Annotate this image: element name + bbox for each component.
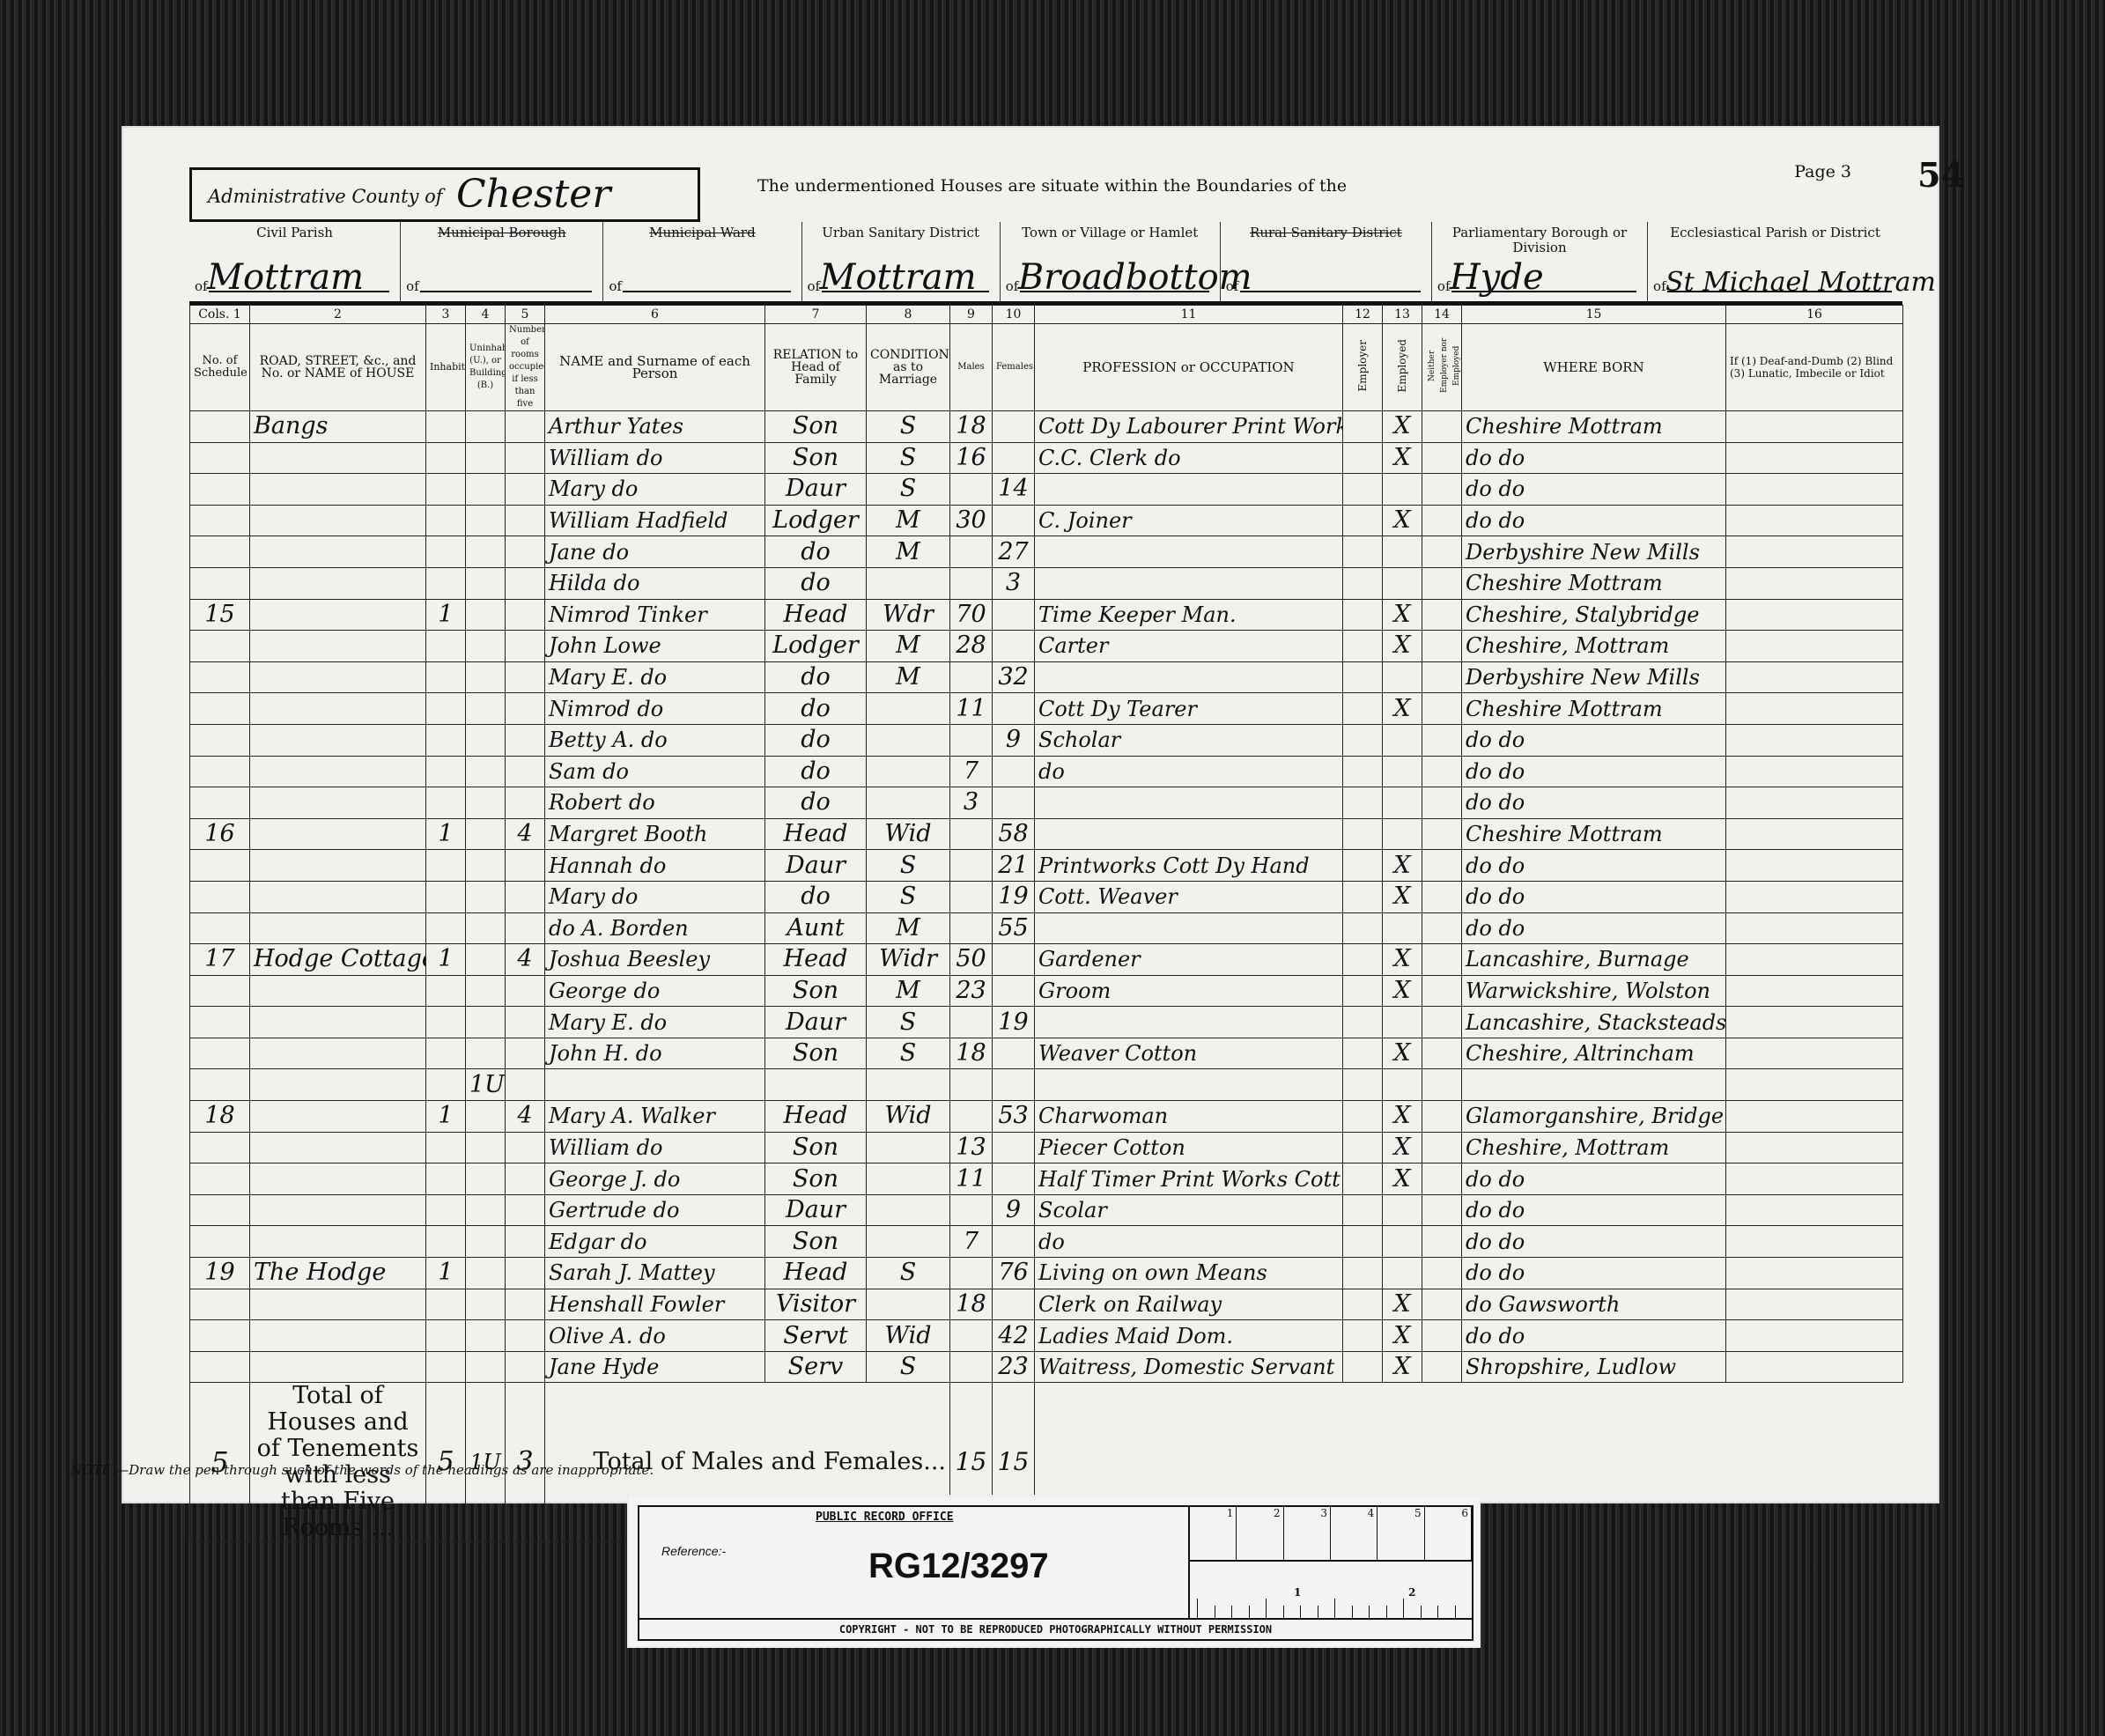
where-born-cell: Derbyshire New Mills <box>1462 661 1726 693</box>
uninhabited-cell <box>466 693 506 725</box>
relation-cell: do <box>765 787 867 819</box>
col-number: 14 <box>1422 306 1462 324</box>
occupation-cell: C.C. Clerk do <box>1035 442 1343 474</box>
employed-cell <box>1383 1069 1422 1101</box>
uninhabited-cell <box>466 912 506 944</box>
employed-cell <box>1383 1007 1422 1038</box>
uninhabited-cell <box>466 1132 506 1163</box>
record-office-title: PUBLIC RECORD OFFICE <box>816 1511 954 1524</box>
relation-cell: Daur <box>765 1194 867 1226</box>
rooms-cell <box>506 1194 545 1226</box>
inhabited-cell <box>426 1351 466 1383</box>
female-age-cell <box>993 787 1035 819</box>
inhabited-cell <box>426 693 466 725</box>
name-cell: Mary A. Walker <box>545 1101 765 1133</box>
neither-cell <box>1422 693 1462 725</box>
scale-tick <box>1334 1599 1335 1618</box>
male-age-cell: 18 <box>950 1289 993 1320</box>
uninhabited-cell <box>466 1007 506 1038</box>
division-value: Mottram <box>820 257 977 298</box>
condition-cell: Wid <box>867 1320 950 1352</box>
name-cell: William Hadfield <box>545 505 765 536</box>
table-row: Mary doDaurS14do do <box>190 474 1903 506</box>
female-age-cell: 42 <box>993 1320 1035 1352</box>
where-born-cell: do do <box>1462 787 1726 819</box>
reference-number: RG12/3297 <box>868 1547 1049 1586</box>
uninhabited-cell: 1U <box>466 1069 506 1101</box>
where-born-cell <box>1462 1069 1726 1101</box>
male-age-cell <box>950 1351 993 1383</box>
scale-tick <box>1455 1606 1456 1618</box>
table-row: 1U <box>190 1069 1903 1101</box>
table-row: George J. doSon11Half Timer Print Works … <box>190 1163 1903 1195</box>
uninhabited-cell <box>466 881 506 912</box>
rooms-cell <box>506 1258 545 1289</box>
header-females: Females <box>993 324 1035 411</box>
address-cell <box>250 1320 426 1352</box>
occupation-cell: Half Timer Print Works Cott Dy <box>1035 1163 1343 1195</box>
female-age-cell <box>993 975 1035 1007</box>
where-born-cell: Cheshire Mottram <box>1462 693 1726 725</box>
col-number: 8 <box>867 306 950 324</box>
of-label: of <box>808 278 821 294</box>
schedule-cell <box>190 1163 250 1195</box>
table-row: Henshall FowlerVisitor18Clerk on Railway… <box>190 1289 1903 1320</box>
name-cell: Joshua Beesley <box>545 944 765 976</box>
where-born-cell: Cheshire Mottram <box>1462 411 1726 443</box>
table-row: Nimrod dodo11Cott Dy TearerXCheshire Mot… <box>190 693 1903 725</box>
employer-cell <box>1343 1163 1383 1195</box>
occupation-cell <box>1035 1007 1343 1038</box>
name-cell: Sarah J. Mattey <box>545 1258 765 1289</box>
table-row: Betty A. dodo9Scholardo do <box>190 724 1903 756</box>
rooms-cell <box>506 474 545 506</box>
infirmity-cell <box>1726 411 1903 443</box>
male-age-cell: 18 <box>950 411 993 443</box>
name-cell: Nimrod Tinker <box>545 599 765 631</box>
rooms-cell <box>506 1007 545 1038</box>
employed-cell: X <box>1383 1132 1422 1163</box>
inhabited-cell <box>426 1132 466 1163</box>
table-row: Mary E. dodoM32Derbyshire New Mills <box>190 661 1903 693</box>
relation-cell: Daur <box>765 474 867 506</box>
name-cell: Mary E. do <box>545 1007 765 1038</box>
of-label: of <box>609 278 622 294</box>
form-header: Administrative County of Chester The und… <box>189 167 1902 305</box>
condition-cell <box>867 1194 950 1226</box>
inhabited-cell: 1 <box>426 1101 466 1133</box>
uninhabited-cell <box>466 631 506 662</box>
employed-cell <box>1383 474 1422 506</box>
scale-tick <box>1283 1606 1284 1618</box>
employed-cell <box>1383 724 1422 756</box>
record-label-frame: PUBLIC RECORD OFFICE Reference:- RG12/32… <box>638 1505 1473 1641</box>
infirmity-cell <box>1726 1038 1903 1069</box>
relation-cell: Daur <box>765 850 867 882</box>
table-row: Robert dodo3do do <box>190 787 1903 819</box>
division-value: Mottram <box>207 257 364 298</box>
division-urban-sanitary-district: Urban Sanitary District of Mottram <box>802 222 1001 301</box>
neither-cell <box>1422 881 1462 912</box>
female-age-cell: 58 <box>993 818 1035 850</box>
rooms-cell <box>506 505 545 536</box>
uninhabited-cell <box>466 442 506 474</box>
employer-cell <box>1343 442 1383 474</box>
schedule-cell <box>190 850 250 882</box>
where-born-cell: do do <box>1462 474 1726 506</box>
where-born-cell: do do <box>1462 1258 1726 1289</box>
address-cell <box>250 505 426 536</box>
rooms-cell <box>506 661 545 693</box>
where-born-cell: Glamorganshire, Bridgend <box>1462 1101 1726 1133</box>
employer-cell <box>1343 787 1383 819</box>
uninhabited-cell <box>466 1194 506 1226</box>
condition-cell: S <box>867 474 950 506</box>
where-born-cell: Cheshire, Altrincham <box>1462 1038 1726 1069</box>
rooms-cell <box>506 787 545 819</box>
uninhabited-cell <box>466 724 506 756</box>
neither-cell <box>1422 944 1462 976</box>
infirmity-cell <box>1726 756 1903 787</box>
schedule-cell <box>190 442 250 474</box>
where-born-cell: Shropshire, Ludlow <box>1462 1351 1726 1383</box>
where-born-cell: Cheshire, Stalybridge <box>1462 599 1726 631</box>
male-age-cell <box>950 536 993 568</box>
name-cell: Gertrude do <box>545 1194 765 1226</box>
male-age-cell: 30 <box>950 505 993 536</box>
male-age-cell <box>950 1258 993 1289</box>
rooms-cell <box>506 1163 545 1195</box>
where-born-cell: Lancashire, Burnage <box>1462 944 1726 976</box>
name-cell: John H. do <box>545 1038 765 1069</box>
address-cell <box>250 1069 426 1101</box>
schedule-cell <box>190 1069 250 1101</box>
col-number: 10 <box>993 306 1035 324</box>
where-born-cell: Cheshire, Mottram <box>1462 631 1726 662</box>
employer-cell <box>1343 505 1383 536</box>
address-cell <box>250 567 426 599</box>
where-born-cell: Cheshire Mottram <box>1462 818 1726 850</box>
employed-cell <box>1383 912 1422 944</box>
rooms-cell <box>506 975 545 1007</box>
col-number: 9 <box>950 306 993 324</box>
infirmity-cell <box>1726 787 1903 819</box>
header-condition: CONDITION as to Marriage <box>867 324 950 411</box>
address-cell <box>250 1194 426 1226</box>
address-cell <box>250 975 426 1007</box>
female-age-cell: 32 <box>993 661 1035 693</box>
condition-cell: S <box>867 411 950 443</box>
address-cell <box>250 756 426 787</box>
where-born-cell: Derbyshire New Mills <box>1462 536 1726 568</box>
male-age-cell: 50 <box>950 944 993 976</box>
inch-label: 2 <box>1408 1586 1415 1599</box>
col-number: 11 <box>1035 306 1343 324</box>
occupation-cell: do <box>1035 756 1343 787</box>
relation-cell: do <box>765 756 867 787</box>
employer-cell <box>1343 599 1383 631</box>
cm-scale: 1 2 3 4 5 6 <box>1190 1507 1472 1562</box>
employer-cell <box>1343 1226 1383 1258</box>
table-row: Edgar doSon7dodo do <box>190 1226 1903 1258</box>
neither-cell <box>1422 1132 1462 1163</box>
table-row: Mary dodoS19Cott. WeaverXdo do <box>190 881 1903 912</box>
employer-cell <box>1343 975 1383 1007</box>
occupation-cell <box>1035 787 1343 819</box>
address-cell <box>250 536 426 568</box>
female-age-cell: 19 <box>993 1007 1035 1038</box>
inhabited-cell: 1 <box>426 599 466 631</box>
division-parliamentary: Parliamentary Borough or Division of Hyd… <box>1432 222 1648 301</box>
name-cell: William do <box>545 1132 765 1163</box>
name-cell: do A. Borden <box>545 912 765 944</box>
female-age-cell: 55 <box>993 912 1035 944</box>
condition-cell <box>867 756 950 787</box>
schedule-cell <box>190 411 250 443</box>
inhabited-cell <box>426 505 466 536</box>
where-born-cell: Cheshire Mottram <box>1462 567 1726 599</box>
rooms-cell: 4 <box>506 944 545 976</box>
condition-cell: Wid <box>867 1101 950 1133</box>
uninhabited-cell <box>466 850 506 882</box>
relation-cell: do <box>765 881 867 912</box>
rooms-cell <box>506 1289 545 1320</box>
relation-cell: Son <box>765 1226 867 1258</box>
rooms-cell <box>506 1226 545 1258</box>
employed-cell <box>1383 1194 1422 1226</box>
employer-cell <box>1343 944 1383 976</box>
uninhabited-cell <box>466 1038 506 1069</box>
column-header-row: No. of Schedule ROAD, STREET, &c., and N… <box>190 324 1903 411</box>
name-cell: Arthur Yates <box>545 411 765 443</box>
female-age-cell <box>993 756 1035 787</box>
uninhabited-cell <box>466 975 506 1007</box>
employed-cell: X <box>1383 975 1422 1007</box>
address-cell: Bangs <box>250 411 426 443</box>
scale-tick <box>1231 1606 1232 1618</box>
employer-cell <box>1343 1289 1383 1320</box>
address-cell <box>250 693 426 725</box>
condition-cell <box>867 1289 950 1320</box>
table-row: William doSonS16C.C. Clerk doXdo do <box>190 442 1903 474</box>
address-cell <box>250 850 426 882</box>
table-row: BangsArthur YatesSonS18Cott Dy Labourer … <box>190 411 1903 443</box>
neither-cell <box>1422 1320 1462 1352</box>
col-number: 5 <box>506 306 545 324</box>
male-age-cell: 7 <box>950 1226 993 1258</box>
condition-cell: Wdr <box>867 599 950 631</box>
rooms-cell <box>506 756 545 787</box>
infirmity-cell <box>1726 661 1903 693</box>
scale-tick <box>1318 1606 1318 1618</box>
neither-cell <box>1422 1258 1462 1289</box>
header-schedule: No. of Schedule <box>190 324 250 411</box>
scale-tick <box>1403 1599 1404 1618</box>
relation-cell: Lodger <box>765 505 867 536</box>
condition-cell <box>867 787 950 819</box>
inhabited-cell <box>426 411 466 443</box>
of-label: of <box>1006 278 1019 294</box>
address-cell <box>250 661 426 693</box>
male-age-cell: 3 <box>950 787 993 819</box>
male-age-cell: 13 <box>950 1132 993 1163</box>
male-age-cell: 7 <box>950 756 993 787</box>
relation-cell: Head <box>765 1101 867 1133</box>
division-label: Municipal Borough <box>401 225 602 240</box>
employed-cell: X <box>1383 631 1422 662</box>
inhabited-cell <box>426 1007 466 1038</box>
reference-label: Reference:- <box>661 1544 726 1558</box>
census-form: Administrative County of Chester The und… <box>189 167 1902 1462</box>
employed-cell: X <box>1383 1289 1422 1320</box>
address-cell <box>250 1163 426 1195</box>
name-cell: George J. do <box>545 1163 765 1195</box>
relation-cell: Head <box>765 818 867 850</box>
inhabited-cell <box>426 881 466 912</box>
schedule-cell: 17 <box>190 944 250 976</box>
male-age-cell <box>950 850 993 882</box>
infirmity-cell <box>1726 1007 1903 1038</box>
female-age-cell <box>993 631 1035 662</box>
where-born-cell: do do <box>1462 912 1726 944</box>
table-row: 151Nimrod TinkerHeadWdr70Time Keeper Man… <box>190 599 1903 631</box>
schedule-cell <box>190 1007 250 1038</box>
scale-tick <box>1421 1606 1422 1618</box>
schedule-cell <box>190 505 250 536</box>
inhabited-cell <box>426 850 466 882</box>
division-value: Broadbottom <box>1018 257 1252 298</box>
infirmity-cell <box>1726 693 1903 725</box>
address-cell <box>250 442 426 474</box>
col-number: Cols. 1 <box>190 306 250 324</box>
name-cell: Nimrod do <box>545 693 765 725</box>
condition-cell: M <box>867 536 950 568</box>
occupation-cell: Groom <box>1035 975 1343 1007</box>
employed-cell: X <box>1383 693 1422 725</box>
occupation-cell: Living on own Means <box>1035 1258 1343 1289</box>
condition-cell: M <box>867 631 950 662</box>
cm-tick: 4 <box>1331 1507 1377 1560</box>
neither-cell <box>1422 474 1462 506</box>
name-cell: George do <box>545 975 765 1007</box>
employed-cell: X <box>1383 1351 1422 1383</box>
division-label: Ecclesiastical Parish or District <box>1648 225 1902 240</box>
rooms-cell <box>506 881 545 912</box>
table-row: 19The Hodge1Sarah J. MatteyHeadS76Living… <box>190 1258 1903 1289</box>
name-cell: Olive A. do <box>545 1320 765 1352</box>
infirmity-cell <box>1726 1289 1903 1320</box>
uninhabited-cell <box>466 756 506 787</box>
uninhabited-cell <box>466 474 506 506</box>
occupation-cell: Time Keeper Man. <box>1035 599 1343 631</box>
scale-tick <box>1369 1606 1370 1618</box>
female-age-cell: 19 <box>993 881 1035 912</box>
male-age-cell <box>950 661 993 693</box>
condition-cell <box>867 693 950 725</box>
condition-cell: S <box>867 881 950 912</box>
address-cell <box>250 474 426 506</box>
occupation-cell: Cott Dy Labourer Print Works <box>1035 411 1343 443</box>
neither-cell <box>1422 1289 1462 1320</box>
condition-cell: M <box>867 661 950 693</box>
male-age-cell <box>950 1320 993 1352</box>
occupation-cell: Carter <box>1035 631 1343 662</box>
neither-cell <box>1422 505 1462 536</box>
division-rural-sanitary-district: Rural Sanitary District of <box>1221 222 1432 301</box>
where-born-cell: do do <box>1462 881 1726 912</box>
occupation-cell: Waitress, Domestic Servant <box>1035 1351 1343 1383</box>
employed-cell: X <box>1383 1320 1422 1352</box>
name-cell: Jane Hyde <box>545 1351 765 1383</box>
relation-cell: do <box>765 536 867 568</box>
employer-cell <box>1343 724 1383 756</box>
occupation-cell <box>1035 661 1343 693</box>
where-born-cell: do Gawsworth <box>1462 1289 1726 1320</box>
where-born-cell: do do <box>1462 1320 1726 1352</box>
infirmity-cell <box>1726 442 1903 474</box>
where-born-cell: do do <box>1462 724 1726 756</box>
employed-cell <box>1383 661 1422 693</box>
infirmity-cell <box>1726 944 1903 976</box>
neither-cell <box>1422 411 1462 443</box>
relation-cell: Visitor <box>765 1289 867 1320</box>
division-ecclesiastical-parish: Ecclesiastical Parish or District of St … <box>1648 222 1902 301</box>
infirmity-cell <box>1726 599 1903 631</box>
inhabited-cell <box>426 661 466 693</box>
neither-cell <box>1422 975 1462 1007</box>
relation-cell: do <box>765 693 867 725</box>
header-neither: Neither Employer nor Employed <box>1422 324 1462 411</box>
neither-cell <box>1422 631 1462 662</box>
infirmity-cell <box>1726 881 1903 912</box>
address-cell <box>250 1132 426 1163</box>
division-label: Town or Village or Hamlet <box>1001 225 1220 240</box>
schedule-cell <box>190 756 250 787</box>
employer-cell <box>1343 912 1383 944</box>
schedule-cell <box>190 1320 250 1352</box>
inhabited-cell <box>426 975 466 1007</box>
col-number: 4 <box>466 306 506 324</box>
inhabited-cell: 1 <box>426 818 466 850</box>
of-label: of <box>1653 278 1666 294</box>
uninhabited-cell <box>466 944 506 976</box>
relation-cell: Daur <box>765 1007 867 1038</box>
infirmity-cell <box>1726 850 1903 882</box>
neither-cell <box>1422 1101 1462 1133</box>
col-number: 3 <box>426 306 466 324</box>
infirmity-cell <box>1726 975 1903 1007</box>
name-cell: Edgar do <box>545 1226 765 1258</box>
employer-cell <box>1343 756 1383 787</box>
where-born-cell: do do <box>1462 1163 1726 1195</box>
scale-tick <box>1352 1606 1353 1618</box>
employer-cell <box>1343 1351 1383 1383</box>
inhabited-cell <box>426 442 466 474</box>
schedule-cell <box>190 536 250 568</box>
employer-cell <box>1343 1101 1383 1133</box>
division-underline <box>420 291 592 292</box>
header-address: ROAD, STREET, &c., and No. or NAME of HO… <box>250 324 426 411</box>
condition-cell: Widr <box>867 944 950 976</box>
male-age-cell: 11 <box>950 693 993 725</box>
where-born-cell: do do <box>1462 756 1726 787</box>
name-cell: Betty A. do <box>545 724 765 756</box>
relation-cell: Head <box>765 1258 867 1289</box>
header-name: NAME and Surname of each Person <box>545 324 765 411</box>
female-age-cell: 9 <box>993 1194 1035 1226</box>
uninhabited-cell <box>466 599 506 631</box>
address-cell <box>250 1038 426 1069</box>
